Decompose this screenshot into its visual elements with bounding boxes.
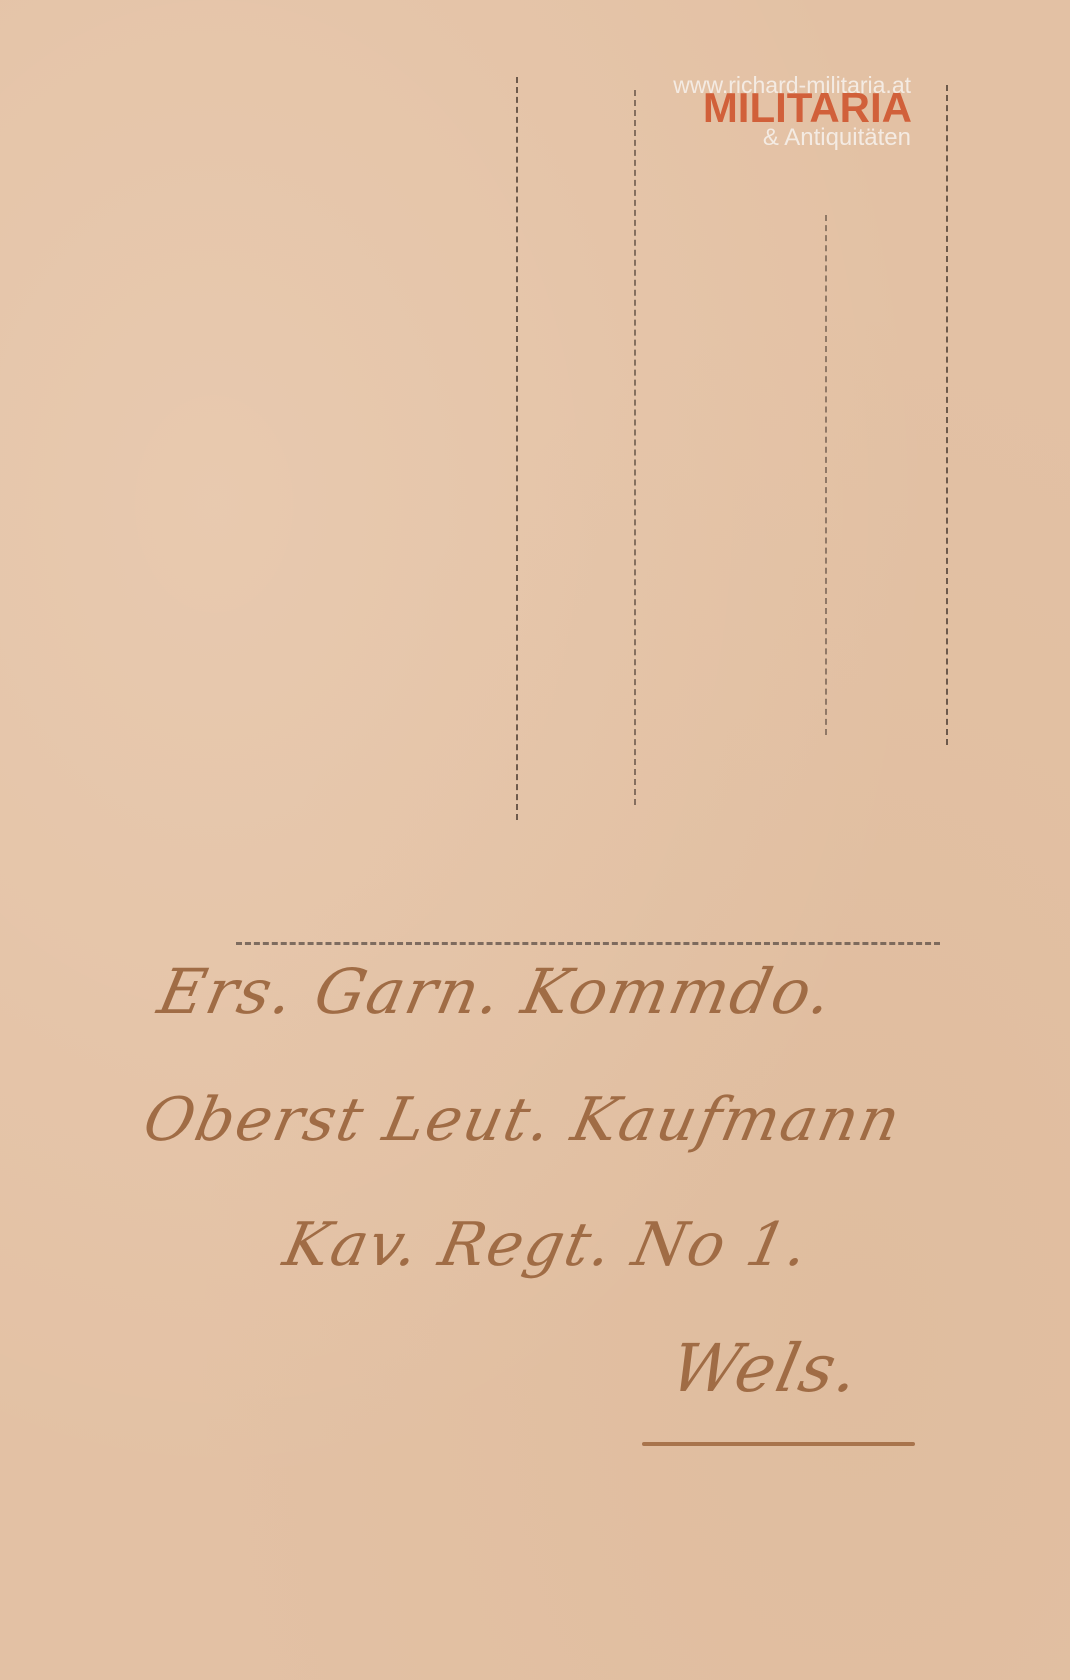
handwriting-line-4: Wels. [664,1330,868,1407]
address-line [236,942,940,945]
handwriting-line-2: Oberst Leut. Kaufmann [138,1085,908,1155]
handwriting-underline [642,1442,915,1446]
postcard-back [0,0,1070,1680]
handwriting-line-1: Ers. Garn. Kommdo. [152,955,840,1028]
divider-line-4 [946,85,948,745]
divider-line-1 [516,77,518,820]
watermark-subtitle: & Antiquitäten [700,124,911,152]
divider-line-3 [825,215,827,735]
divider-line-2 [634,90,636,805]
handwriting-line-3: Kav. Regt. No 1. [278,1210,817,1280]
